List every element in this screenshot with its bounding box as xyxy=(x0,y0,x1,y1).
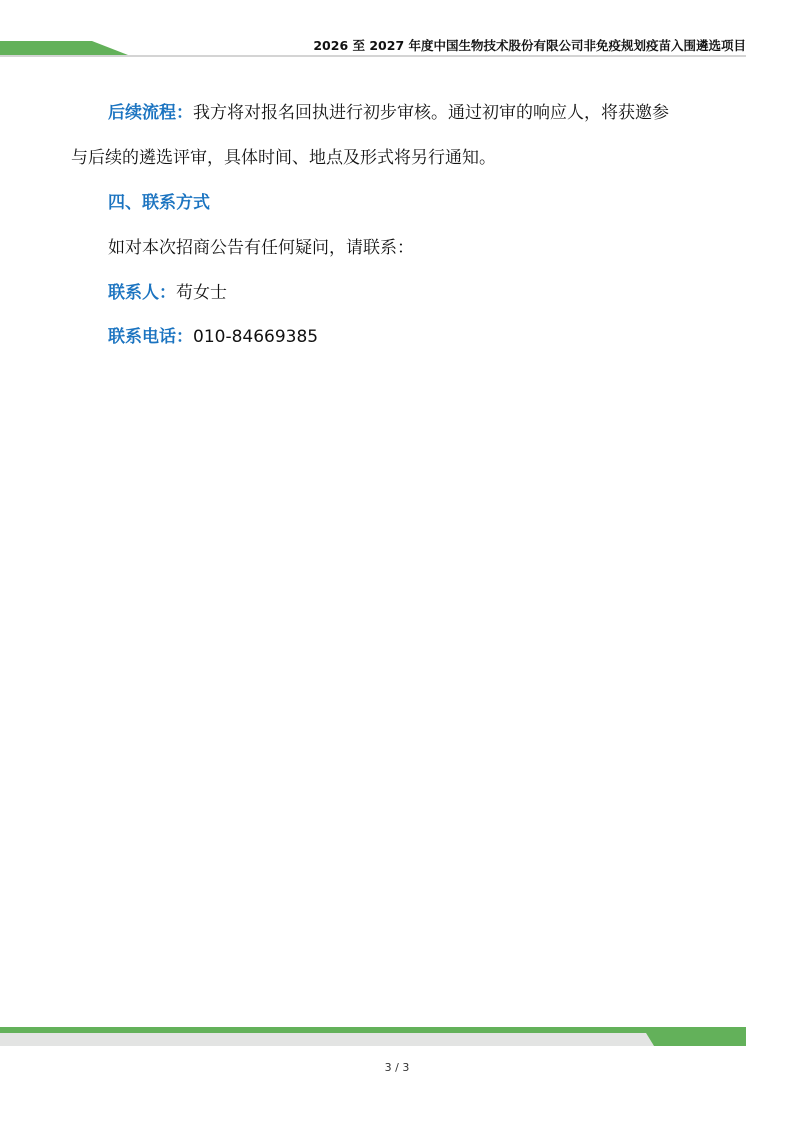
followup-line-2: 与后续的遴选评审，具体时间、地点及形式将另行通知。 xyxy=(71,147,496,169)
header-accent-bar xyxy=(0,41,128,55)
page-number: 3 / 3 xyxy=(0,1061,794,1074)
contact-phone-row: 联系电话：010-84669385 xyxy=(108,326,318,348)
contact-intro: 如对本次招商公告有任何疑问，请联系： xyxy=(108,237,414,259)
section-heading-contact: 四、联系方式 xyxy=(108,192,210,214)
contact-person-value: 苟女士 xyxy=(176,283,227,303)
contact-phone-label: 联系电话： xyxy=(108,327,193,347)
contact-person-label: 联系人： xyxy=(108,283,176,303)
contact-person-row: 联系人：苟女士 xyxy=(108,282,227,304)
followup-text-1: 我方将对报名回执进行初步审核。通过初审的响应人，将获邀参 xyxy=(193,103,669,123)
followup-line-1: 后续流程：我方将对报名回执进行初步审核。通过初审的响应人，将获邀参 xyxy=(108,102,669,124)
followup-label: 后续流程： xyxy=(108,103,193,123)
header-title: 2026 至 2027 年度中国生物技术股份有限公司非免疫规划疫苗入围遴选项目 xyxy=(313,36,746,54)
contact-phone-value: 010-84669385 xyxy=(193,327,318,347)
header-divider xyxy=(0,55,746,57)
footer-bar xyxy=(0,1033,746,1046)
